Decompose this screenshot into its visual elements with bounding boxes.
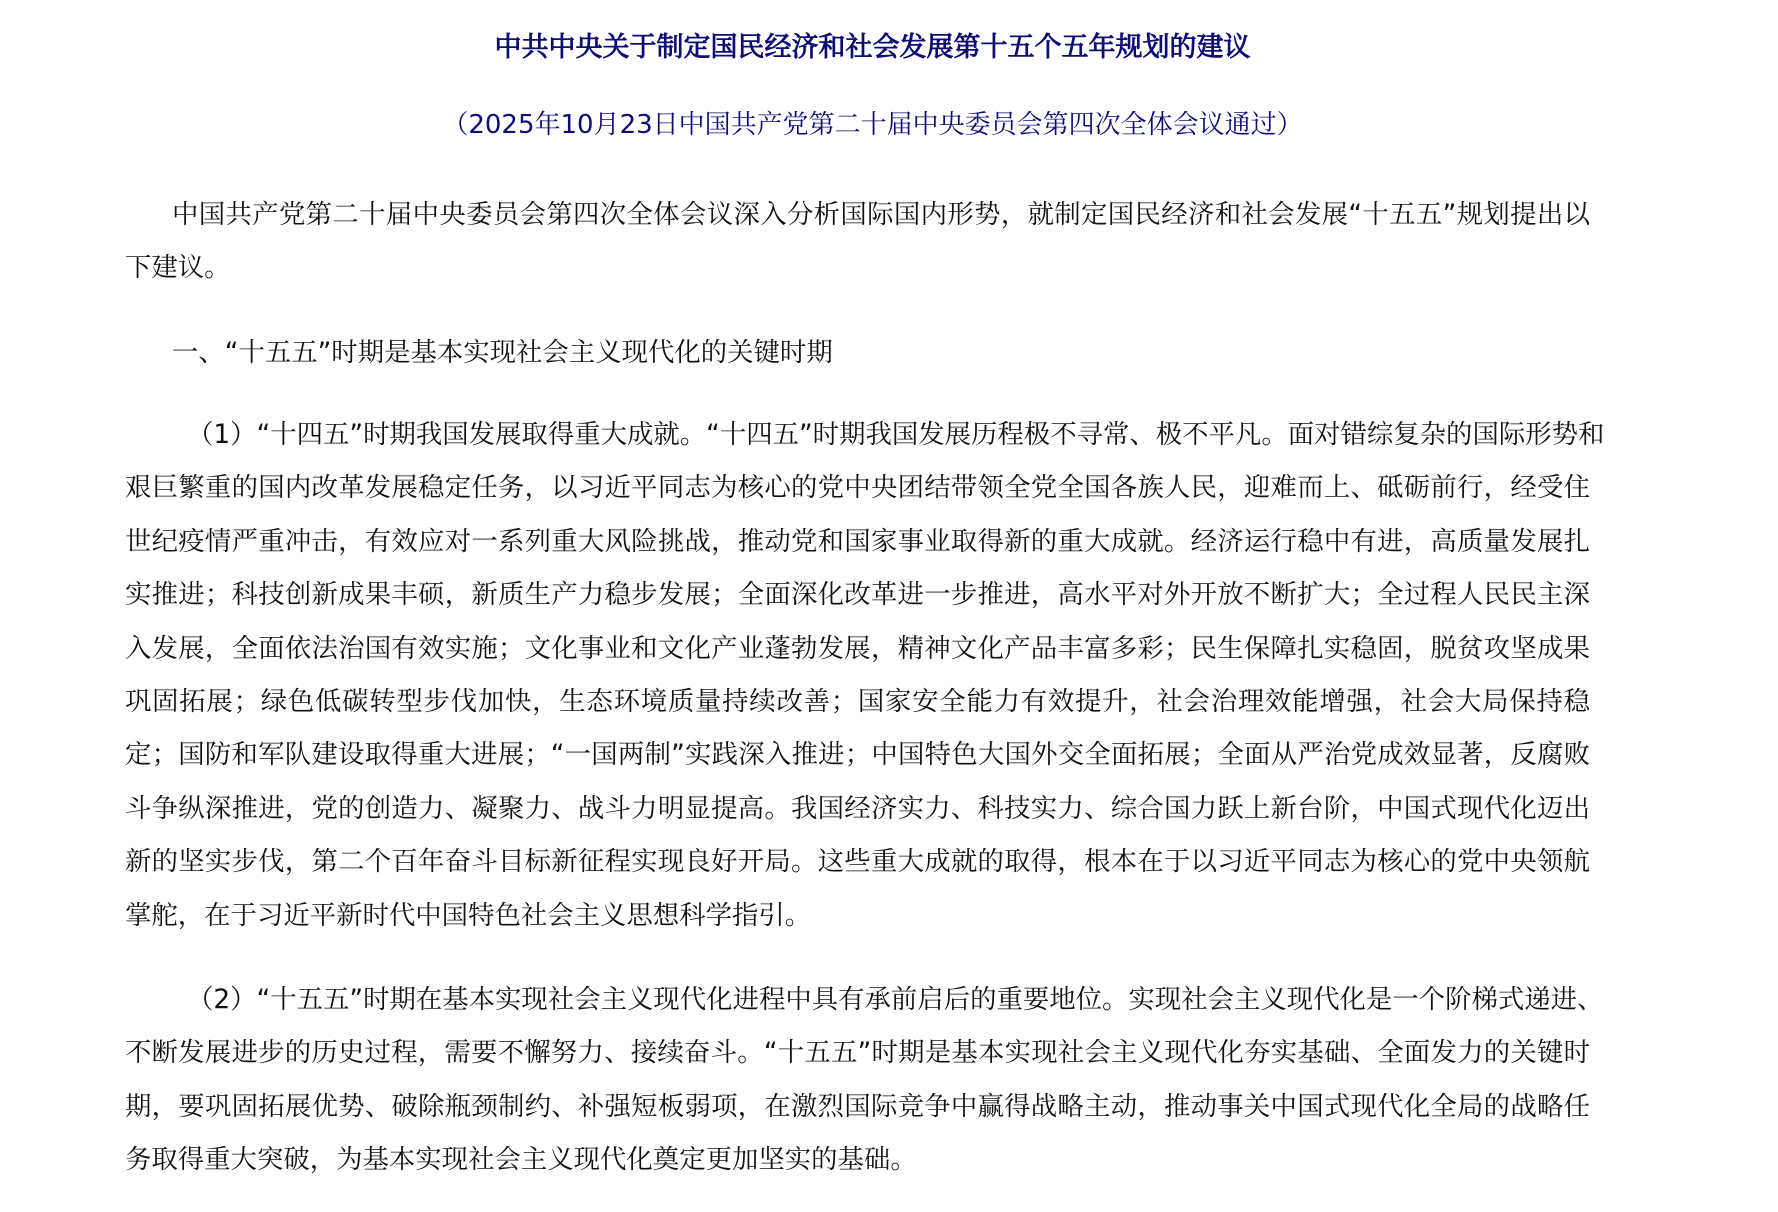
- paragraph-line: （2）“十五五”时期在基本实现社会主义现代化进程中具有承前启后的重要地位。实现社…: [125, 973, 1590, 1026]
- item-paragraph-2: （2）“十五五”时期在基本实现社会主义现代化进程中具有承前启后的重要地位。实现社…: [125, 973, 1590, 1187]
- paragraph-line: 掌舵，在于习近平新时代中国特色社会主义思想科学指引。: [125, 889, 1590, 942]
- paragraph-line: 中国共产党第二十届中央委员会第四次全体会议深入分析国际国内形势，就制定国民经济和…: [125, 188, 1590, 241]
- paragraph-line: 定；国防和军队建设取得重大进展；“一国两制”实践深入推进；中国特色大国外交全面拓…: [125, 728, 1590, 781]
- section-heading: 一、“十五五”时期是基本实现社会主义现代化的关键时期: [172, 326, 833, 379]
- intro-paragraph: 中国共产党第二十届中央委员会第四次全体会议深入分析国际国内形势，就制定国民经济和…: [125, 188, 1590, 295]
- paragraph-line: 斗争纵深推进，党的创造力、凝聚力、战斗力明显提高。我国经济实力、科技实力、综合国…: [125, 782, 1590, 835]
- paragraph-line: 实推进；科技创新成果丰硕，新质生产力稳步发展；全面深化改革进一步推进，高水平对外…: [125, 568, 1590, 621]
- paragraph-line: 新的坚实步伐，第二个百年奋斗目标新征程实现良好开局。这些重大成就的取得，根本在于…: [125, 835, 1590, 888]
- paragraph-line: 期，要巩固拓展优势、破除瓶颈制约、补强短板弱项，在激烈国际竞争中赢得战略主动，推…: [125, 1080, 1590, 1133]
- paragraph-line: 世纪疫情严重冲击，有效应对一系列重大风险挑战，推动党和国家事业取得新的重大成就。…: [125, 515, 1590, 568]
- document-title: 中共中央关于制定国民经济和社会发展第十五个五年规划的建议: [125, 28, 1620, 68]
- item-paragraph-1: （1）“十四五”时期我国发展取得重大成就。“十四五”时期我国发展历程极不寻常、极…: [125, 408, 1590, 942]
- paragraph-line: 下建议。: [125, 241, 1590, 294]
- paragraph-line: 入发展，全面依法治国有效实施；文化事业和文化产业蓬勃发展，精神文化产品丰富多彩；…: [125, 622, 1590, 675]
- paragraph-line: 不断发展进步的历史过程，需要不懈努力、接续奋斗。“十五五”时期是基本实现社会主义…: [125, 1026, 1590, 1079]
- paragraph-line: （1）“十四五”时期我国发展取得重大成就。“十四五”时期我国发展历程极不寻常、极…: [125, 408, 1590, 461]
- document-subtitle: （2025年10月23日中国共产党第二十届中央委员会第四次全体会议通过）: [125, 105, 1620, 145]
- paragraph-line: 务取得重大突破，为基本实现社会主义现代化奠定更加坚实的基础。: [125, 1133, 1590, 1186]
- paragraph-line: 艰巨繁重的国内改革发展稳定任务，以习近平同志为核心的党中央团结带领全党全国各族人…: [125, 461, 1590, 514]
- paragraph-line: 巩固拓展；绿色低碳转型步伐加快，生态环境质量持续改善；国家安全能力有效提升，社会…: [125, 675, 1590, 728]
